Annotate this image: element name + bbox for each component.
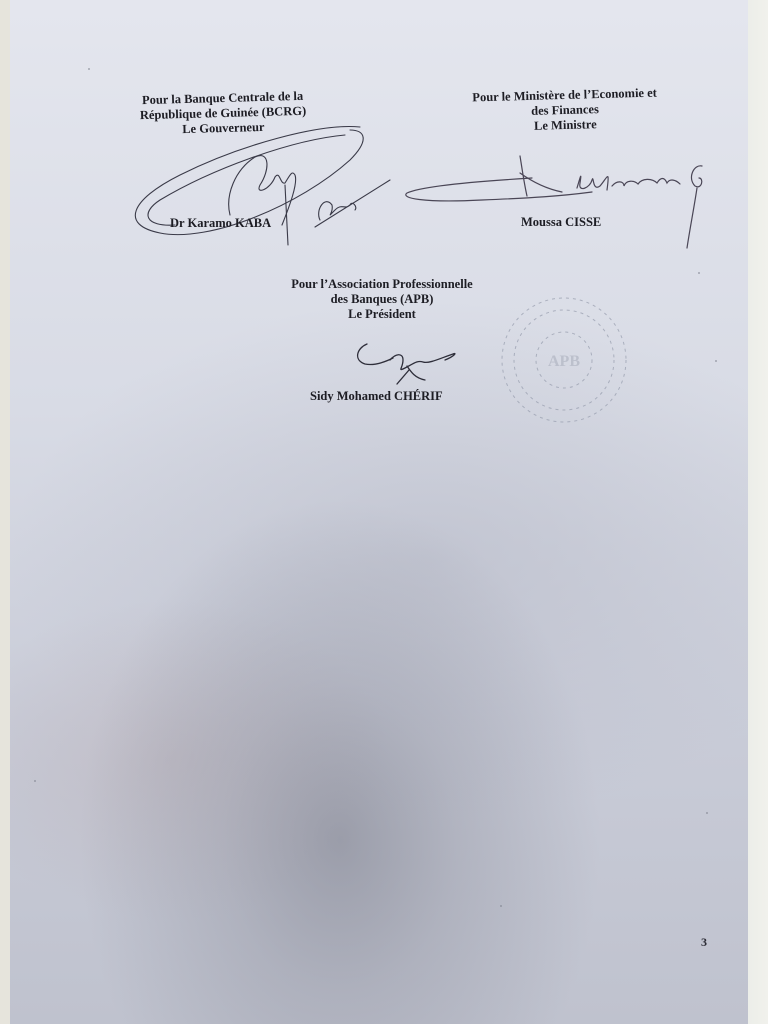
paper-speck <box>34 780 36 782</box>
apb-stamp: APB <box>492 288 637 433</box>
paper-speck <box>715 360 717 362</box>
paper-speck <box>706 812 708 814</box>
signatory-name-cisse: Moussa CISSE <box>521 215 601 230</box>
signatory-block-mef: Pour le Ministère de l’Economie et des F… <box>449 85 680 136</box>
page-number: 3 <box>701 935 707 950</box>
apb-title-line-1: Pour l’Association Professionnelle <box>272 277 492 292</box>
paper-speck <box>88 68 90 70</box>
signature-cisse <box>402 148 732 258</box>
apb-title-line-2: des Banques (APB) <box>272 292 492 307</box>
document-page: Pour la Banque Centrale de la République… <box>10 0 748 1024</box>
signatory-name-cherif: Sidy Mohamed CHÉRIF <box>310 389 443 404</box>
signatory-block-bcrg: Pour la Banque Centrale de la République… <box>117 88 328 138</box>
paper-speck <box>698 272 700 274</box>
signatory-name-kaba: Dr Karamo KABA <box>170 216 271 231</box>
paper-edge <box>748 0 768 1024</box>
stamp-label: APB <box>548 353 580 370</box>
apb-title-line-3: Le Président <box>272 307 492 322</box>
signatory-block-apb: Pour l’Association Professionnelle des B… <box>272 277 492 322</box>
paper-speck <box>500 905 502 907</box>
